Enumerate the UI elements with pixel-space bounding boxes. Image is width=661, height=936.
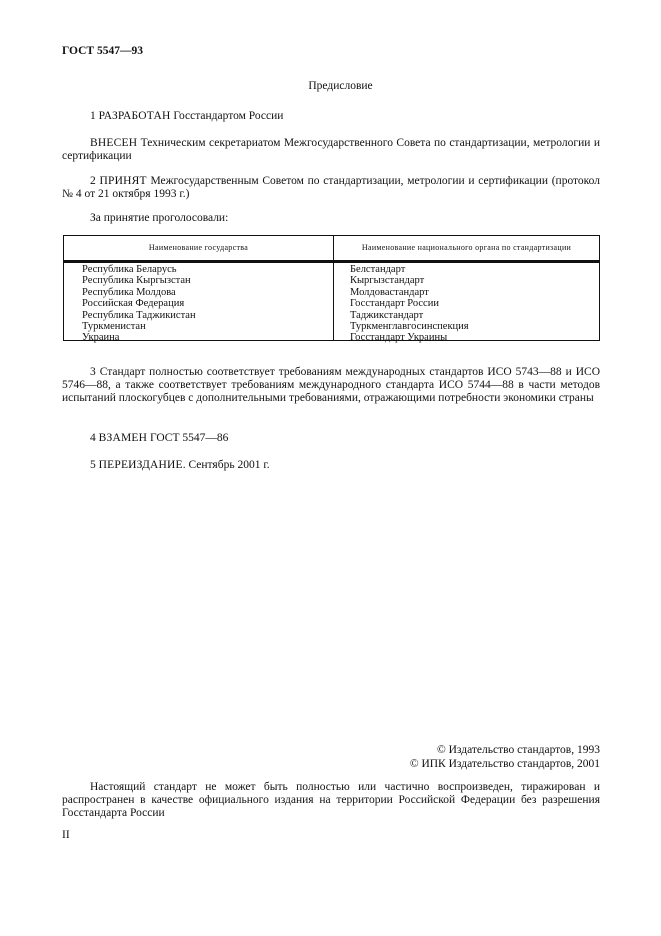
item-text: Госстандартом России xyxy=(173,110,283,122)
page-number: II xyxy=(62,829,70,842)
column-divider xyxy=(333,236,334,340)
copyright-block: © Издательство стандартов, 1993 © ИПК Из… xyxy=(410,743,600,771)
table-cell-body: Таджикстандарт xyxy=(350,310,469,321)
voting-table: Наименование государства Наименование на… xyxy=(63,235,600,341)
item-keyword: ВЗАМЕН xyxy=(99,432,148,444)
table-cell-state: Республика Кыргызстан xyxy=(82,275,196,286)
table-cell-body: Госстандарт России xyxy=(350,298,469,309)
reproduction-notice: Настоящий стандарт не может быть полност… xyxy=(62,781,600,820)
item-keyword: ПРИНЯТ xyxy=(99,175,146,187)
item-number: 1 xyxy=(90,110,96,122)
copyright-1993: © Издательство стандартов, 1993 xyxy=(410,743,600,757)
copyright-2001: © ИПК Издательство стандартов, 2001 xyxy=(410,757,600,771)
table-cell-body: Белстандарт xyxy=(350,264,469,275)
item-number: 5 xyxy=(90,459,96,471)
item-number: 4 xyxy=(90,432,96,444)
states-column: Республика Беларусь Республика Кыргызста… xyxy=(82,264,196,344)
item-number: 3 xyxy=(90,366,96,378)
item-5: 5 ПЕРЕИЗДАНИЕ. Сентябрь 2001 г. xyxy=(62,459,600,472)
item-keyword: ВНЕСЕН xyxy=(90,137,137,149)
item-text: ГОСТ 5547—86 xyxy=(150,432,228,444)
table-cell-body: Туркменглавгосинспекция xyxy=(350,321,469,332)
section-title: Предисловие xyxy=(0,80,661,93)
item-introduced: ВНЕСЕН Техническим секретариатом Межгосу… xyxy=(62,137,600,163)
item-4: 4 ВЗАМЕН ГОСТ 5547—86 xyxy=(62,432,600,445)
table-cell-body: Молдовастандарт xyxy=(350,287,469,298)
voted-label: За принятие проголосовали: xyxy=(62,212,600,225)
item-number: 2 xyxy=(90,175,96,187)
table-cell-state: Украина xyxy=(82,332,196,343)
item-1: 1 РАЗРАБОТАН Госстандартом России xyxy=(62,110,600,123)
item-text: Стандарт полностью соответствует требова… xyxy=(62,366,600,404)
table-cell-state: Республика Молдова xyxy=(82,287,196,298)
table-cell-body: Кыргызстандарт xyxy=(350,275,469,286)
item-3: 3 Стандарт полностью соответствует требо… xyxy=(62,366,600,405)
bodies-column: Белстандарт Кыргызстандарт Молдовастанда… xyxy=(350,264,469,344)
header-state: Наименование государства xyxy=(64,236,333,260)
table-cell-state: Республика Таджикистан xyxy=(82,310,196,321)
item-2: 2 ПРИНЯТ Межгосударственным Советом по с… xyxy=(62,175,600,201)
document-header: ГОСТ 5547—93 xyxy=(62,45,143,58)
item-text: . Сентябрь 2001 г. xyxy=(183,459,270,471)
item-keyword: ПЕРЕИЗДАНИЕ xyxy=(99,459,183,471)
item-text: Техническим секретариатом Межгосударстве… xyxy=(62,137,600,162)
table-cell-state: Российская Федерация xyxy=(82,298,196,309)
table-cell-body: Госстандарт Украины xyxy=(350,332,469,343)
header-national-body: Наименование национального органа по ста… xyxy=(334,236,599,260)
table-cell-state: Республика Беларусь xyxy=(82,264,196,275)
table-cell-state: Туркменистан xyxy=(82,321,196,332)
item-keyword: РАЗРАБОТАН xyxy=(99,110,171,122)
table-header: Наименование государства Наименование на… xyxy=(64,236,599,263)
